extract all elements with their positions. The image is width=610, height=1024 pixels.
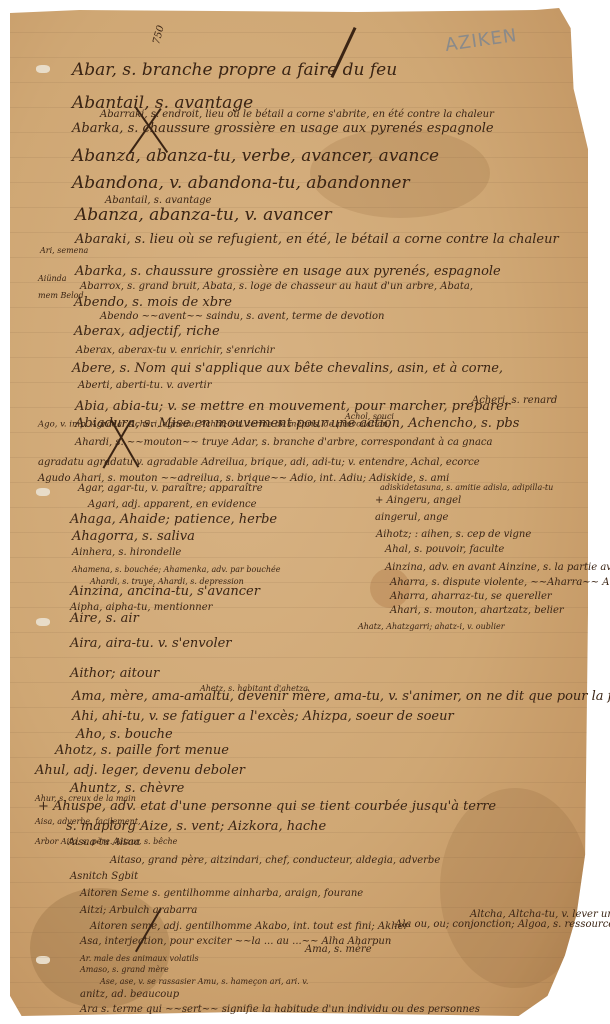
entry-line: Aira, aira-tu. v. s'envoler — [70, 637, 232, 650]
entry-line: Ahotz, s. paille fort menue — [55, 744, 229, 757]
entry-line: Aberax, adjectif, riche — [74, 325, 220, 338]
entry-line: Agar, agar-tu, v. paraître; apparaître — [78, 484, 263, 494]
stain — [440, 788, 590, 988]
entry-line: Abendo, s. mois de xbre — [74, 296, 232, 309]
entry-line: Aithor; aitour — [70, 667, 159, 680]
binding-hole — [36, 488, 50, 496]
entry-line: Ainzina, adv. en avant Ainzine, s. la pa… — [385, 563, 610, 573]
entry-line: Ainhera, s. hirondelle — [72, 548, 181, 558]
entry-line: Aharra, aharraz-tu, se quereller — [390, 592, 552, 602]
entry-line: Ama, s. mère — [305, 945, 372, 955]
entry-line: Abaraki, s. lieu où se refugient, en été… — [75, 233, 559, 246]
entry-line: Aberti, aberti-tu. v. avertir — [78, 381, 212, 391]
entry-line: anitz, ad. beaucoup — [80, 990, 179, 1000]
entry-line: Asnitch Sgbit — [70, 872, 138, 882]
entry-line: Ainzina, ancina-tu, s'avancer — [70, 585, 260, 598]
binding-hole — [36, 65, 50, 73]
margin-note: Ari, semena — [40, 247, 88, 255]
margin-note: Aisa, adverbe, facilement, — [35, 818, 141, 826]
entry-line: Achol, souci — [345, 413, 394, 421]
entry-line: Ago, v. imp. Agradar Acheri, agneau, Ach… — [38, 421, 390, 430]
entry-line: + Aingeru, angel — [375, 496, 461, 506]
entry-line: Abia, abia-tu; v. se mettre en mouvement… — [75, 400, 510, 413]
entry-line: Ala ou, ou; conjonction; Algoa, s. resso… — [395, 920, 610, 930]
entry-line: Abanza, abanza-tu, verbe, avancer, avanc… — [72, 148, 439, 165]
entry-line: Abandona, v. abandona-tu, abandonner — [72, 175, 410, 192]
entry-line: adiskidetasuna, s. amitie adisla, adipil… — [380, 484, 553, 492]
margin-note: Aiünda — [38, 275, 67, 283]
entry-line: Ama, mère, ama-amaltu, devenir mère, ama… — [72, 690, 610, 703]
entry-line: Amaso, s. grand mère — [80, 966, 169, 974]
binding-hole — [36, 956, 50, 964]
entry-line: Ar. male des animaux volatils — [80, 955, 199, 963]
entry-line: Aire, s. air — [70, 612, 139, 625]
entry-line: Abar, s. branche propre a faire du feu — [72, 62, 397, 79]
entry-line: Abanza, abanza-tu, v. avancer — [75, 207, 332, 224]
entry-line: Abarrox, s. grand bruit, Abata, s. loge … — [80, 282, 473, 292]
entry-line: Ahagorra, s. saliva — [72, 530, 195, 543]
entry-line: aingerul, ange — [375, 513, 448, 523]
binding-hole — [36, 618, 50, 626]
entry-line: Ahi, ahi-tu, v. se fatiguer a l'excès; A… — [72, 710, 454, 723]
entry-line: Abere, s. Nom qui s'applique aux bête ch… — [72, 362, 503, 375]
entry-line: Agari, adj. apparent, en evidence — [88, 500, 257, 510]
entry-line: Ara s. terme qui ~~sert~~ signifie la ha… — [80, 1005, 480, 1015]
entry-line: Aitaso, grand père, aitzindari, chef, co… — [110, 856, 440, 866]
stain — [370, 568, 410, 608]
entry-line: Aitoren Seme s. gentilhomme ainharba, ar… — [80, 889, 363, 899]
entry-line: Ahamena, s. bouchée; Ahamenka, adv. par … — [72, 566, 281, 574]
entry-line: Aharra, s. dispute violente, ~~Aharra~~ … — [390, 578, 610, 588]
entry-line: Acheri, s. renard — [472, 396, 557, 406]
entry-line: Ahardi, s. ~~mouton~~ truye Adar, s. bra… — [75, 438, 492, 448]
entry-line: Abarka, s. chaussure grossière en usage … — [75, 265, 501, 278]
entry-line: Ahal, s. pouvoir, faculte — [385, 545, 504, 555]
entry-line: Aitzi; Arbulch arabarra — [80, 906, 197, 916]
entry-line: Ahari, s. mouton, ahartzatz, belier — [390, 606, 564, 616]
margin-note: Arbor Aita, s. père. Aitzur, s. bêche — [35, 838, 177, 846]
entry-line: Ahul, adj. leger, devenu deboler — [35, 764, 245, 777]
entry-line: Aihotz; : aihen, s. cep de vigne — [376, 530, 531, 540]
entry-line: Abendo ~~avent~~ saindu, s. avent, terme… — [100, 312, 385, 322]
margin-note: mem Belod — [38, 292, 84, 300]
entry-line: Ahaga, Ahaide; patience, herbe — [70, 513, 277, 526]
entry-line: Ase, ase, v. se rassasier Amu, s. hameço… — [100, 978, 308, 986]
entry-line: Aitoren seme, adj. gentilhomme Akabo, in… — [90, 922, 408, 932]
entry-line: Aberax, aberax-tu v. enrichir, s'enrichi… — [76, 346, 274, 356]
entry-line: + Ahuspe, adv. etat d'une personne qui s… — [38, 800, 496, 813]
entry-line: Ahatz, Ahatzgarri; ahatz-i, v. oublier — [358, 622, 588, 633]
entry-line: Abarka, s. chaussure grossière en usage … — [72, 122, 494, 135]
entry-line: Aho, s. bouche — [76, 728, 173, 741]
